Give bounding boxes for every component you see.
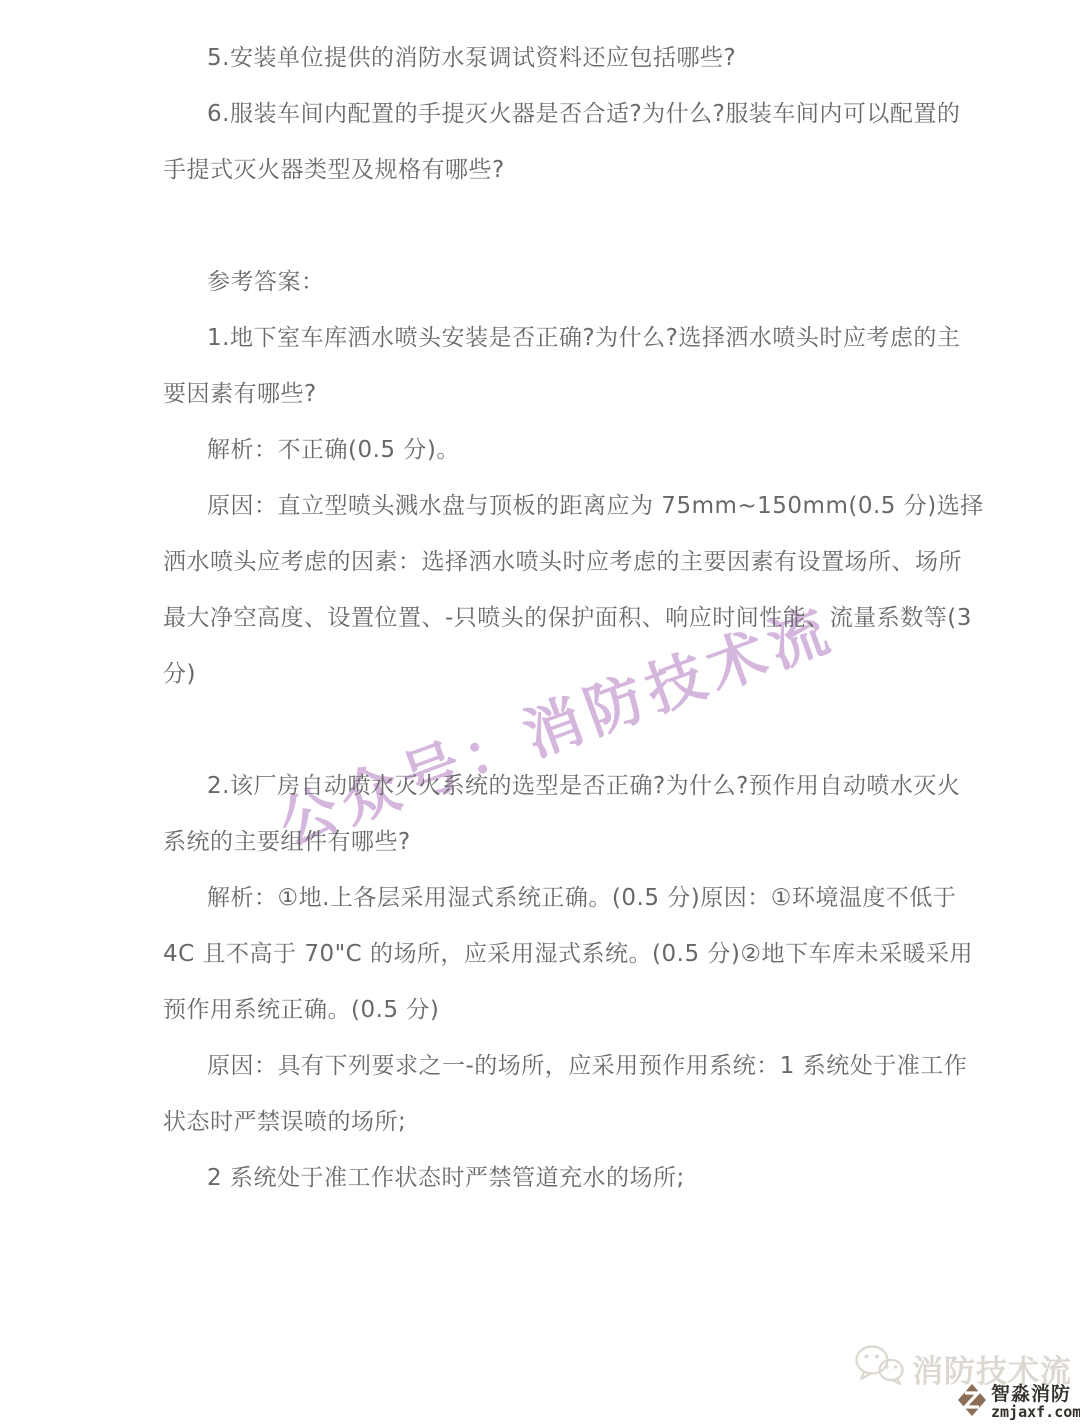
text-line: 1.地下室车库洒水喷头安装是否正确?为什么?选择洒水喷头时应考虑的主: [163, 310, 925, 366]
zhimiao-logo: 智淼消防 zmjaxf.com: [956, 1382, 1080, 1422]
text-line: 预作用系统正确。(0.5 分): [163, 982, 925, 1038]
zhimiao-diamond-icon: [956, 1382, 988, 1422]
blank-line: [163, 198, 925, 254]
text-line: 最大净空高度、设置位置、-只喷头的保护面积、响应时间性能、流量系数等(3: [163, 590, 925, 646]
text-line: 原因：具有下列要求之一-的场所，应采用预作用系统：1 系统处于准工作: [163, 1038, 925, 1094]
document-page: 公众号：消防技术流 5.安装单位提供的消防水泵调试资料还应包括哪些?6.服装车间…: [0, 0, 1080, 1424]
text-line: 解析：不正确(0.5 分)。: [163, 422, 925, 478]
wechat-icon: [852, 1342, 908, 1394]
text-line: 原因：直立型喷头溅水盘与顶板的距离应为 75mm~150mm(0.5 分)选择: [163, 478, 925, 534]
text-line: 参考答案：: [163, 254, 925, 310]
text-line: 2.该厂房自动喷水灭火系统的选型是否正确?为什么?预作用自动喷水灭火: [163, 758, 925, 814]
text-line: 5.安装单位提供的消防水泵调试资料还应包括哪些?: [163, 30, 925, 86]
zhimiao-brand-name: 智淼消防: [991, 1384, 1080, 1404]
text-line: 2 系统处于准工作状态时严禁管道充水的场所;: [163, 1150, 925, 1206]
text-line: 6.服装车间内配置的手提灭火器是否合适?为什么?服装车间内可以配置的: [163, 86, 925, 142]
text-line: 分): [163, 646, 925, 702]
zhimiao-site-url: zmjaxf.com: [991, 1404, 1080, 1420]
blank-line: [163, 702, 925, 758]
text-line: 系统的主要组件有哪些?: [163, 814, 925, 870]
text-line: 4C 且不高于 70"C 的场所，应采用湿式系统。(0.5 分)②地下车库未采暖…: [163, 926, 925, 982]
document-text: 5.安装单位提供的消防水泵调试资料还应包括哪些?6.服装车间内配置的手提灭火器是…: [163, 30, 925, 1206]
text-line: 解析：①地.上各层采用湿式系统正确。(0.5 分)原因：①环境温度不低于: [163, 870, 925, 926]
text-line: 洒水喷头应考虑的因素：选择洒水喷头时应考虑的主要因素有设置场所、场所: [163, 534, 925, 590]
text-line: 要因素有哪些?: [163, 366, 925, 422]
text-line: 状态时严禁误喷的场所;: [163, 1094, 925, 1150]
text-line: 手提式灭火器类型及规格有哪些?: [163, 142, 925, 198]
